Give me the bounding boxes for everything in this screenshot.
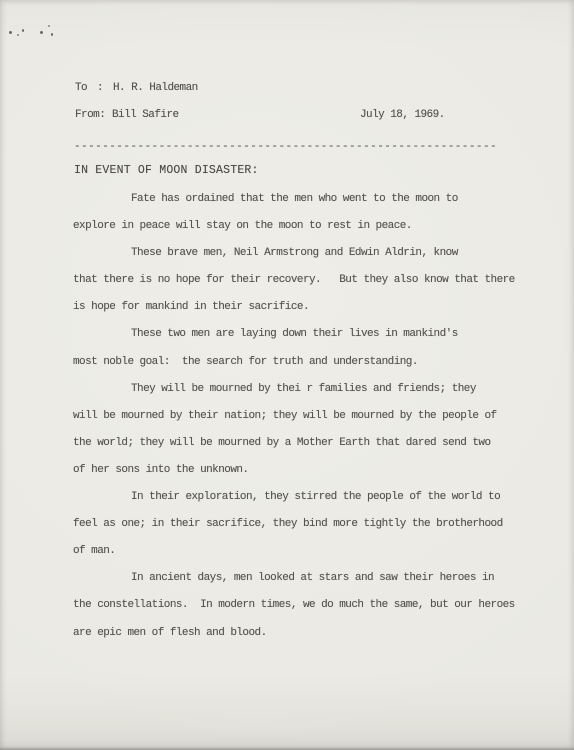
dashed-divider: ----------------------------------------… <box>74 141 514 153</box>
punch-dot <box>40 31 43 34</box>
body-line: the world; they will be mourned by a Mot… <box>73 430 533 457</box>
body-line: In their exploration, they stirred the p… <box>73 484 533 511</box>
to-value: H. R. Haldeman <box>113 82 198 94</box>
punch-dot <box>51 33 53 36</box>
body-line: will be mourned by their nation; they wi… <box>73 403 533 430</box>
body-line: most noble goal: the search for truth an… <box>73 349 533 376</box>
body-line: of man. <box>73 538 533 565</box>
body-line: In ancient days, men looked at stars and… <box>73 565 533 592</box>
memo-from-line: From: Bill Safire July 18, 1969. <box>0 109 574 123</box>
punch-dot <box>22 29 24 32</box>
body-line: of her sons into the unknown. <box>73 457 533 484</box>
memo-subject: IN EVENT OF MOON DISASTER: <box>74 164 259 177</box>
to-colon: : <box>97 82 103 94</box>
memo-date: July 18, 1969. <box>360 109 445 121</box>
body-line: feel as one; in their sacrifice, they bi… <box>73 511 533 538</box>
memo-to-line: To : H. R. Haldeman <box>0 82 574 96</box>
punch-dot <box>9 31 12 34</box>
punch-dot <box>17 34 19 36</box>
memo-body: Fate has ordained that the men who went … <box>73 186 533 647</box>
from-value: Bill Safire <box>112 109 179 121</box>
memo-page: To : H. R. Haldeman From: Bill Safire Ju… <box>0 0 574 750</box>
body-line: is hope for mankind in their sacrifice. <box>73 294 533 321</box>
body-line: These two men are laying down their live… <box>73 321 533 348</box>
to-label: To <box>75 82 87 94</box>
body-line: Fate has ordained that the men who went … <box>73 186 533 213</box>
body-line: explore in peace will stay on the moon t… <box>73 213 533 240</box>
body-line: are epic men of flesh and blood. <box>73 620 533 647</box>
body-line: These brave men, Neil Armstrong and Edwi… <box>73 240 533 267</box>
body-line: the constellations. In modern times, we … <box>73 592 533 619</box>
body-line: that there is no hope for their recovery… <box>73 267 533 294</box>
body-line: They will be mourned by thei r families … <box>73 376 533 403</box>
from-label: From: <box>75 109 105 121</box>
punch-dot <box>48 25 50 27</box>
